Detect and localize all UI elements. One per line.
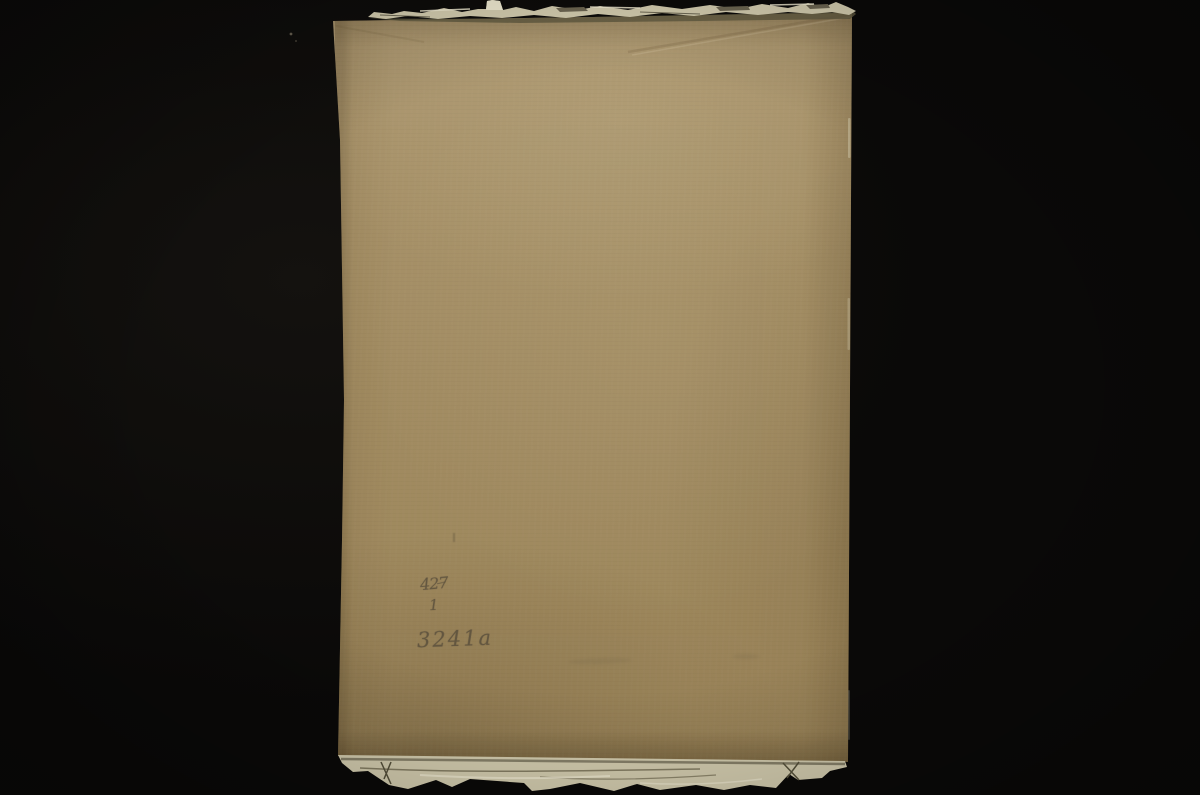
handwritten-number-top-text: 427 [419, 573, 448, 594]
handwritten-number-bottom: 3241a [417, 626, 494, 653]
handwritten-number-top: 427 [419, 573, 448, 594]
dust-specks [290, 33, 297, 42]
folder-top-edge-shading [333, 13, 855, 47]
folder-left-fold-shading [333, 0, 393, 795]
folder-right-edge-shading [802, 0, 852, 795]
handwritten-number-middle: 1 [429, 596, 439, 614]
faint-smudge [733, 654, 759, 659]
folder-cover [0, 0, 1200, 795]
faint-pencil-mark [453, 533, 455, 542]
handwritten-number-bottom-text: 3241a [417, 626, 494, 653]
handwritten-number-middle-text: 1 [429, 596, 439, 614]
paper-texture [330, 10, 855, 766]
archive-folder-photo: 427 1 3241a [0, 0, 1200, 795]
folder-bottom-edge-shading [333, 730, 853, 762]
white-page-tab [486, 0, 503, 10]
